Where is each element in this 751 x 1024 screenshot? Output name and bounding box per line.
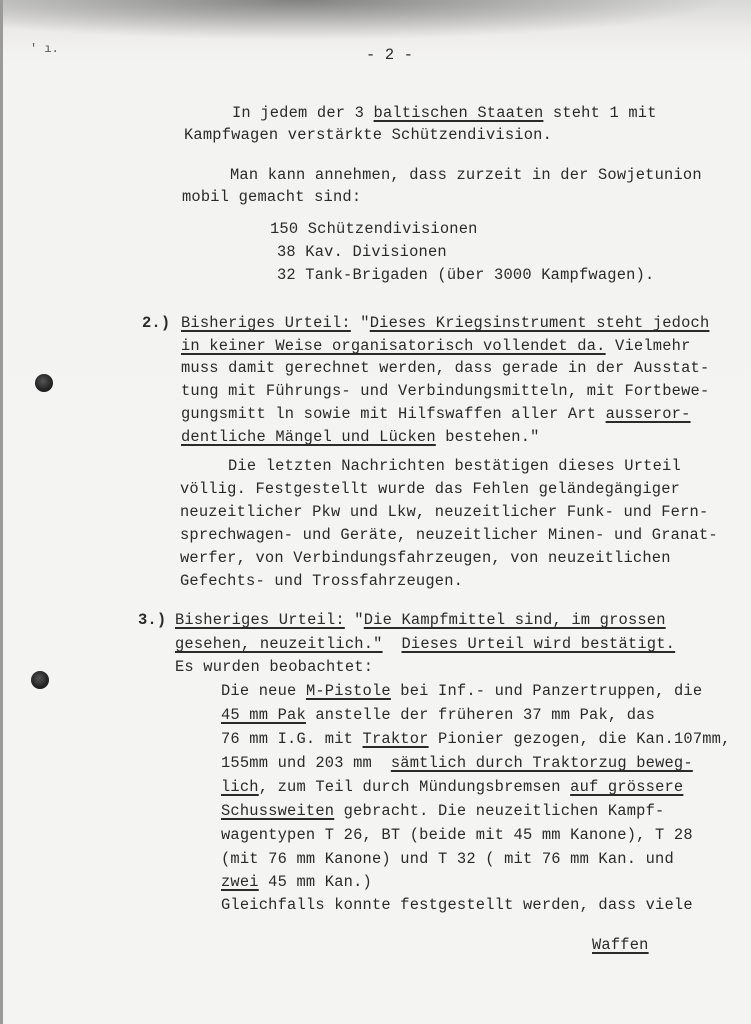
section2-p2-line: völlig. Festgestellt wurde das Fehlen ge…	[180, 482, 680, 497]
section3-weapons-line: Die neue M-Pistole bei Inf.- und Panzert…	[221, 684, 702, 699]
underlined-text: auf grössere	[570, 778, 683, 796]
section2-line6: dentliche Mängel und Lücken bestehen."	[181, 430, 540, 445]
text: Die neue	[221, 682, 306, 700]
section3-weapons-line: 155mm und 203 mm sämtlich durch Traktorz…	[221, 756, 693, 771]
section2-line1: Bisheriges Urteil: "Dieses Kriegsinstrum…	[181, 316, 709, 331]
page-edge	[0, 0, 3, 1024]
section2-p2-line: sprechwagen- und Geräte, neuzeitlicher M…	[180, 528, 718, 543]
text: steht 1 mit	[543, 104, 656, 122]
text: bestehen."	[436, 428, 540, 446]
section3-line1: Bisheriges Urteil: "Die Kampfmittel sind…	[175, 613, 666, 628]
section2-line5: gungsmitt ln sowie mit Hilfswaffen aller…	[181, 407, 691, 422]
mobilized-item: 150 Schützendivisionen	[270, 222, 478, 237]
para2-line1: Man kann annehmen, dass zurzeit in der S…	[230, 168, 702, 183]
text: , zum Teil durch Mündungsbremsen	[259, 778, 570, 796]
underlined-text: 45 mm Pak	[221, 706, 306, 724]
section3-line2: gesehen, neuzeitlich." Dieses Urteil wir…	[175, 637, 675, 652]
underlined-text: sämtlich durch Traktorzug beweg-	[391, 754, 693, 772]
section3-weapons-line: 45 mm Pak anstelle der früheren 37 mm Pa…	[221, 708, 655, 723]
section3-number: 3.)	[138, 613, 166, 628]
mobilized-item: 32 Tank-Brigaden (über 3000 Kampfwagen).	[277, 268, 654, 283]
section3-weapons-line: Schussweiten gebracht. Die neuzeitlichen…	[221, 804, 665, 819]
section3-line3: Es wurden beobachtet:	[175, 660, 373, 675]
text: gebracht. Die neuzeitlichen Kampf-	[334, 802, 664, 820]
section2-line2: in keiner Weise organisatorisch vollende…	[181, 339, 691, 354]
text: Vielmehr	[606, 337, 691, 355]
section2-line4: tung mit Führungs- und Verbindungsmittel…	[181, 384, 709, 399]
scanned-page: ' ı. - 2 - In jedem der 3 baltischen Sta…	[0, 0, 751, 1024]
text: In jedem der 3	[232, 104, 374, 122]
text: 155mm und 203 mm	[221, 754, 391, 772]
text	[383, 635, 402, 653]
para2-line2: mobil gemacht sind:	[182, 190, 361, 205]
section3-weapons-line: Gleichfalls konnte festgestellt werden, …	[221, 898, 693, 913]
punch-hole-bottom	[31, 671, 49, 689]
section3-weapons-line: lich, zum Teil durch Mündungsbremsen auf…	[221, 780, 683, 795]
text: bei Inf.- und Panzertruppen, die	[391, 682, 702, 700]
underlined-text: Dieses Kriegsinstrument steht jedoch	[370, 314, 710, 332]
underlined-text: Traktor	[363, 730, 429, 748]
text: "	[351, 314, 370, 332]
section2-p2-line: Gefechts- und Trossfahrzeugen.	[180, 574, 463, 589]
catchword: Waffen	[592, 938, 649, 953]
text: Pionier gezogen, die Kan.107mm,	[429, 730, 731, 748]
underlined-text: Schussweiten	[221, 802, 334, 820]
text: 76 mm I.G. mit	[221, 730, 363, 748]
underlined-text: lich	[221, 778, 259, 796]
section2-number: 2.)	[142, 316, 170, 331]
section2-line3: muss damit gerechnet werden, dass gerade…	[181, 361, 709, 376]
underlined-text: zwei	[221, 873, 259, 891]
section3-weapons-line: (mit 76 mm Kanone) und T 32 ( mit 76 mm …	[221, 852, 674, 867]
underlined-text: Waffen	[592, 936, 649, 954]
text: "	[345, 611, 364, 629]
underlined-text: Bisheriges Urteil:	[181, 314, 351, 332]
underlined-text: dentliche Mängel und Lücken	[181, 428, 436, 446]
underlined-text: baltischen Staaten	[374, 104, 544, 122]
text: gungsmitt ln sowie mit Hilfswaffen aller…	[181, 405, 606, 423]
section2-p2-line: Die letzten Nachrichten bestätigen diese…	[228, 459, 681, 474]
underlined-text: ausseror-	[606, 405, 691, 423]
underlined-text: Die Kampfmittel sind, im grossen	[364, 611, 666, 629]
text: 45 mm Kan.)	[259, 873, 372, 891]
para1-line2: Kampfwagen verstärkte Schützendivision.	[184, 128, 552, 143]
section2-p2-line: neuzeitlicher Pkw und Lkw, neuzeitlicher…	[180, 505, 708, 520]
underlined-text: Bisheriges Urteil:	[175, 611, 345, 629]
underlined-text: Dieses Urteil wird bestätigt.	[401, 635, 675, 653]
section3-weapons-line: 76 mm I.G. mit Traktor Pionier gezogen, …	[221, 732, 731, 747]
underlined-text: in keiner Weise organisatorisch vollende…	[181, 337, 606, 355]
margin-mark: ' ı.	[30, 42, 59, 56]
page-number: - 2 -	[366, 48, 413, 63]
section3-weapons-line: wagentypen T 26, BT (beide mit 45 mm Kan…	[221, 828, 693, 843]
text: anstelle der früheren 37 mm Pak, das	[306, 706, 655, 724]
underlined-text: M-Pistole	[306, 682, 391, 700]
section2-p2-line: werfer, von Verbindungsfahrzeugen, von n…	[180, 551, 671, 566]
punch-hole-top	[35, 374, 53, 392]
mobilized-item: 38 Kav. Divisionen	[277, 245, 447, 260]
underlined-text: gesehen, neuzeitlich."	[175, 635, 383, 653]
para1-line1: In jedem der 3 baltischen Staaten steht …	[232, 106, 657, 121]
section3-weapons-line: zwei 45 mm Kan.)	[221, 875, 372, 890]
